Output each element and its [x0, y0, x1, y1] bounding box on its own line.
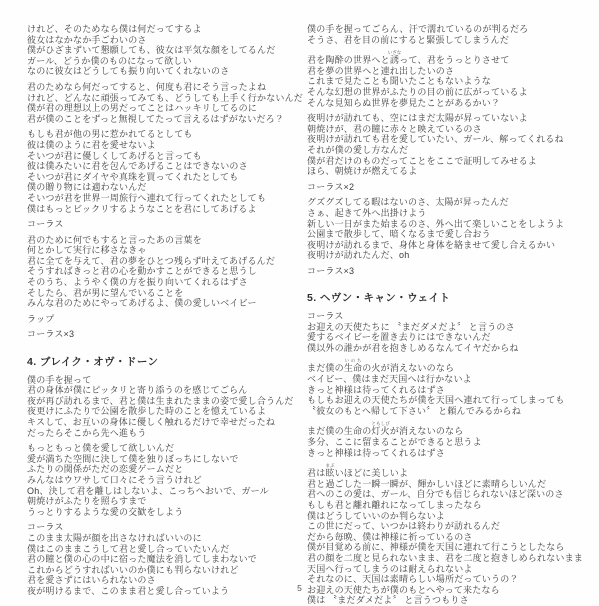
lyric-line: 〝彼女のもとへ帰して下さい〞 と頼んでみるからね	[307, 406, 593, 417]
lyric-line: けれど、そのためなら僕は何だってするよ	[27, 24, 303, 35]
lyric-line: ガール、どうか僕のものになって欲しい	[27, 56, 303, 67]
lyric-paragraph: 君のためなら何だってすると、何度も君にそう言ったよねけれど、どんなに頑張ってみて…	[27, 82, 303, 124]
furigana-ruby: 生命いのち	[344, 363, 362, 373]
lyric-line: コーラス×3	[27, 329, 303, 340]
lyric-line: もしも君が他の男に惹かれてるとしても	[27, 129, 303, 140]
lyric-line: ほら、朝焼けが燃えてるよ	[307, 166, 593, 177]
lyric-line: コーラス	[307, 311, 593, 322]
lyric-line: そしたら、君が男に望んでいることを	[27, 288, 303, 299]
lyric-line: 僕は 〝まだダメだよ〞 と言うつもりさ	[307, 595, 593, 606]
lyric-line: 僕の手を握って	[27, 375, 303, 386]
lyric-line: そうさ、君を目の前にすると緊張してしまうんだ	[307, 35, 593, 46]
lyric-line: 君を夢の世界へと連れ出したいのさ	[307, 66, 593, 77]
lyric-line: 夜明けが訪れるまで、身体と身体を絡ませて愛し合えるかい	[307, 240, 593, 251]
lyric-line: 夜明けが訪れても、空にはまだ太陽が昇っていないよ	[307, 113, 593, 124]
lyric-paragraph: もしも君が他の男に惹かれてるとしても彼は僕のように君を愛せないよそいつが君に優し…	[27, 129, 303, 214]
lyric-paragraph: コーラス	[27, 219, 303, 230]
lyric-line: だったらそこから先へ進もう	[27, 428, 303, 439]
lyric-line: 朝焼けがふたりを照らすまで	[27, 496, 303, 507]
lyric-paragraph: コーラス×3	[27, 329, 303, 340]
lyric-paragraph: まだ僕の生命の灯火ともしびが消えないのなら多分、ここに留まることができると思うよ…	[307, 421, 593, 458]
lyric-line: 彼は僕みたいに君を包んであげることはできないのさ	[27, 161, 303, 172]
lyric-line: 彼女はなかなか手ごわいのさ	[27, 35, 303, 46]
lyric-line: まだ僕の生命の灯火ともしびが消えないのなら	[307, 421, 593, 437]
lyric-paragraph: まだ僕の生命いのちの火が消えないのならベイビー、僕はまだ天国へは行かないよきっと…	[307, 358, 593, 416]
lyric-line: 僕はこのままこうして君と愛し合っていたいんだ	[27, 544, 303, 555]
lyric-line: きっと神様は待ってくれるはずさ	[307, 385, 593, 396]
lyric-line: そんな幻想の世界がふたりの目の前に広がっているよ	[307, 87, 593, 98]
lyric-line: コーラス	[27, 219, 303, 230]
lyric-line: 君のためなら何だってすると、何度も君にそう言ったよね	[27, 82, 303, 93]
lyric-line: 公園まで散歩して、暗くなるまで愛し合おう	[307, 229, 593, 240]
lyric-paragraph: もっともっと僕を愛して欲しいんだ愛が満ちた空間に決して僕を独りぼっちにしないでふ…	[27, 443, 303, 517]
lyric-line: もしも君と離れ離れになってしまったなら	[307, 500, 593, 511]
lyric-line: 君に全てを与えて、君の夢をひとつ残らず叶えてあげるんだ	[27, 256, 303, 267]
lyric-line: 彼は僕のように君を愛せないよ	[27, 140, 303, 151]
lyric-line: そのうち、ようやく僕の方を振り向いてくれるはずさ	[27, 277, 303, 288]
furigana-ruby: 灯火ともしび	[371, 426, 389, 436]
lyric-line: Oh、決して君を離しはしないよ、こっちへおいで、ガール	[27, 486, 303, 497]
lyric-paragraph: コーラス×2	[307, 182, 593, 193]
lyric-line: 君の瞳と僕の心の中に宿った魔法を消してしまわないで	[27, 554, 303, 565]
lyrics-column-right: 僕の手を握ってごらん、汗で濡れているのが判るだろそうさ、君を目の前にすると緊張し…	[307, 24, 593, 606]
lyric-line: グズグズしてる暇はないのさ、太陽が昇ったんだ	[307, 197, 593, 208]
lyric-line: みんな君のためにやってあげるよ、僕の愛しいベイビー	[27, 298, 303, 309]
lyrics-column-left: けれど、そのためなら僕は何だってするよ彼女はなかなか手ごわいのさ僕がひざまずいて…	[27, 24, 303, 602]
lyric-line: そいつが君に優しくしてあげると言っても	[27, 151, 303, 162]
lyric-line: 天国へ行ってしまうのは耐えられないよ	[307, 564, 593, 575]
lyric-line: 僕の手を握ってごらん、汗で濡れているのが判るだろ	[307, 24, 593, 35]
furigana-ruby: 眩まぶ	[325, 468, 334, 478]
lyric-line: ふたりの関係がただの恋愛ゲームだと	[27, 464, 303, 475]
lyric-line: もっともっと僕を愛して欲しいんだ	[27, 443, 303, 454]
lyric-line: 君のために何でもすると言ったあの言葉を	[27, 235, 303, 246]
lyric-line: お迎えの天使たちに 〝まだダメだよ〞 と言うのさ	[307, 322, 593, 333]
lyric-paragraph: けれど、そのためなら僕は何だってするよ彼女はなかなか手ごわいのさ僕がひざまずいて…	[27, 24, 303, 77]
lyric-line: 君の身体が僕にピッタリと寄り添うのを感じてごらん	[27, 385, 303, 396]
lyric-line: 僕以外の誰かが君を抱きしめるなんてイヤだからね	[307, 343, 593, 354]
lyric-line: 君は眩まぶいほどに美しいよ	[307, 463, 593, 479]
lyric-line: 君を陶酔の世界へと誘いざなって、君をうっとりさせて	[307, 50, 593, 66]
lyric-line: うっとりするような愛の交歓をしよう	[27, 507, 303, 518]
lyric-line: そいつが君を世界一周旅行へ連れて行ってくれたとしても	[27, 193, 303, 204]
lyric-line: 君と過ごした一瞬一瞬が、輝かしいほどに素晴らしいんだ	[307, 479, 593, 490]
lyric-line: 僕が君だけのものだってことをここで証明してみせるよ	[307, 156, 593, 167]
lyric-line: ベイビー、僕はまだ天国へは行かないよ	[307, 374, 593, 385]
lyric-line: 愛が満ちた空間に決して僕を独りぼっちにしないで	[27, 454, 303, 465]
lyric-line: コーラス×2	[307, 182, 593, 193]
lyric-line: さぁ、起きて外へ出掛けよう	[307, 208, 593, 219]
lyric-line: ラップ	[27, 314, 303, 325]
lyric-paragraph: コーラス×3	[307, 266, 593, 277]
lyrics-booklet-page: けれど、そのためなら僕は何だってするよ彼女はなかなか手ごわいのさ僕がひざまずいて…	[0, 0, 599, 606]
page-number: 5	[0, 583, 599, 593]
lyric-line: 朝焼けが、君の瞳に赤々と映えているのさ	[307, 124, 593, 135]
lyric-paragraph: 君を陶酔の世界へと誘いざなって、君をうっとりさせて君を夢の世界へと連れ出したいの…	[307, 50, 593, 108]
lyric-line: けれど、どんなに頑張ってみても、どうしても上手く行かないんだ	[27, 93, 303, 104]
lyric-line: 僕はどうしていいのか判らないよ	[307, 511, 593, 522]
furigana-ruby: 誘いざな	[390, 55, 399, 65]
lyric-paragraph: グズグズしてる暇はないのさ、太陽が昇ったんださぁ、起きて外へ出掛けよう新しい一日…	[307, 197, 593, 261]
lyric-line: 僕がひざまずいて懇願しても、彼女は平気な顔をしてるんだ	[27, 45, 303, 56]
lyric-paragraph: 君のために何でもすると言ったあの言葉を何とかして実行に移さなきゃ君に全てを与えて…	[27, 235, 303, 309]
lyric-line: 僕が目覚める前に、神様が僕を天国に連れて行こうとしたなら	[307, 542, 593, 553]
lyric-line: そんな見知らぬ世界を夢見たことがあるかい？	[307, 98, 593, 109]
song-title: 5. ヘヴン・キャン・ウェイト	[307, 293, 593, 304]
lyric-line: コーラス×3	[307, 266, 593, 277]
lyric-line: 何とかして実行に移さなきゃ	[27, 245, 303, 256]
lyric-line: 多分、ここに留まることができると思うよ	[307, 437, 593, 448]
lyric-line: 夜更けにふたりで公園を散歩した時のことを憶えているよ	[27, 406, 303, 417]
lyric-line: 夜が再び訪れるまで、君と僕は生まれたままの姿で愛し合うんだ	[27, 396, 303, 407]
lyric-line: このまま太陽が顔を出さなければいいのに	[27, 533, 303, 544]
lyric-line: この世にだって、いつかは終わりが訪れるんだ	[307, 521, 593, 532]
lyric-line: これからどうすればいいのか僕にも判らないけれど	[27, 565, 303, 576]
lyric-paragraph: コーラスお迎えの天使たちに 〝まだダメだよ〞 と言うのさ愛するベイビーを置き去り…	[307, 311, 593, 353]
lyric-line: 君の顔を二度と見られないまま、君を二度と抱きしめられないまま	[307, 553, 593, 564]
lyric-line: もしもお迎えの天使たちが僕を天国へ連れて行ってしまっても	[307, 395, 593, 406]
lyric-paragraph: 僕の手を握って君の身体が僕にピッタリと寄り添うのを感じてごらん夜が再び訪れるまで…	[27, 375, 303, 439]
lyric-line: そうすればきっと君の心を動かすことができると思うし	[27, 266, 303, 277]
lyric-line: まだ僕の生命いのちの火が消えないのなら	[307, 358, 593, 374]
lyric-paragraph: ラップ	[27, 314, 303, 325]
lyric-line: それが僕の愛し方なんだ	[307, 145, 593, 156]
lyric-line: 愛するベイビーを置き去りにはできないんだ	[307, 332, 593, 343]
lyric-line: そいつが君にダイヤや真珠を買ってくれたとしても	[27, 172, 303, 183]
lyric-line: 僕が君の理想以上の男だってことはハッキリしてるのに	[27, 103, 303, 114]
song-title: 4. ブレイク・オヴ・ドーン	[27, 357, 303, 368]
lyric-line: 僕はもっとビックリするようなことを君にしてあげるよ	[27, 204, 303, 215]
lyric-line: これまで見たことも聞いたこともないような	[307, 76, 593, 87]
lyric-line: キスして、お互いの身体に優しく触れるだけで幸せだったね	[27, 417, 303, 428]
lyric-line: 君が僕のことをずっと無視してたって言えるはずがないだろ？	[27, 114, 303, 125]
lyric-line: 夜明けが訪れたんだ、oh	[307, 250, 593, 261]
lyric-line: きっと神様は待ってくれるはずさ	[307, 448, 593, 459]
lyric-line: なのに彼女はどうしても振り向いてくれないのさ	[27, 66, 303, 77]
lyric-line: みんなはウワサして口々にそう言うけれど	[27, 475, 303, 486]
lyric-line: 君へのこの愛は、ガール、自分でも信じられないほど深いのさ	[307, 489, 593, 500]
lyric-paragraph: 僕の手を握ってごらん、汗で濡れているのが判るだろそうさ、君を目の前にすると緊張し…	[307, 24, 593, 45]
lyric-line: コーラス	[27, 522, 303, 533]
lyric-paragraph: 夜明けが訪れても、空にはまだ太陽が昇っていないよ朝焼けが、君の瞳に赤々と映えてい…	[307, 113, 593, 177]
lyric-line: 夜明けが訪れても君を愛していたい、ガール、解ってくれるね	[307, 134, 593, 145]
lyric-line: 新しい一日がまた始まるのさ、外へ出て楽しいことをしようよ	[307, 219, 593, 230]
lyric-line: 僕の贈り物には適わないんだ	[27, 182, 303, 193]
lyric-line: だから毎晩、僕は神様に祈っているのさ	[307, 532, 593, 543]
